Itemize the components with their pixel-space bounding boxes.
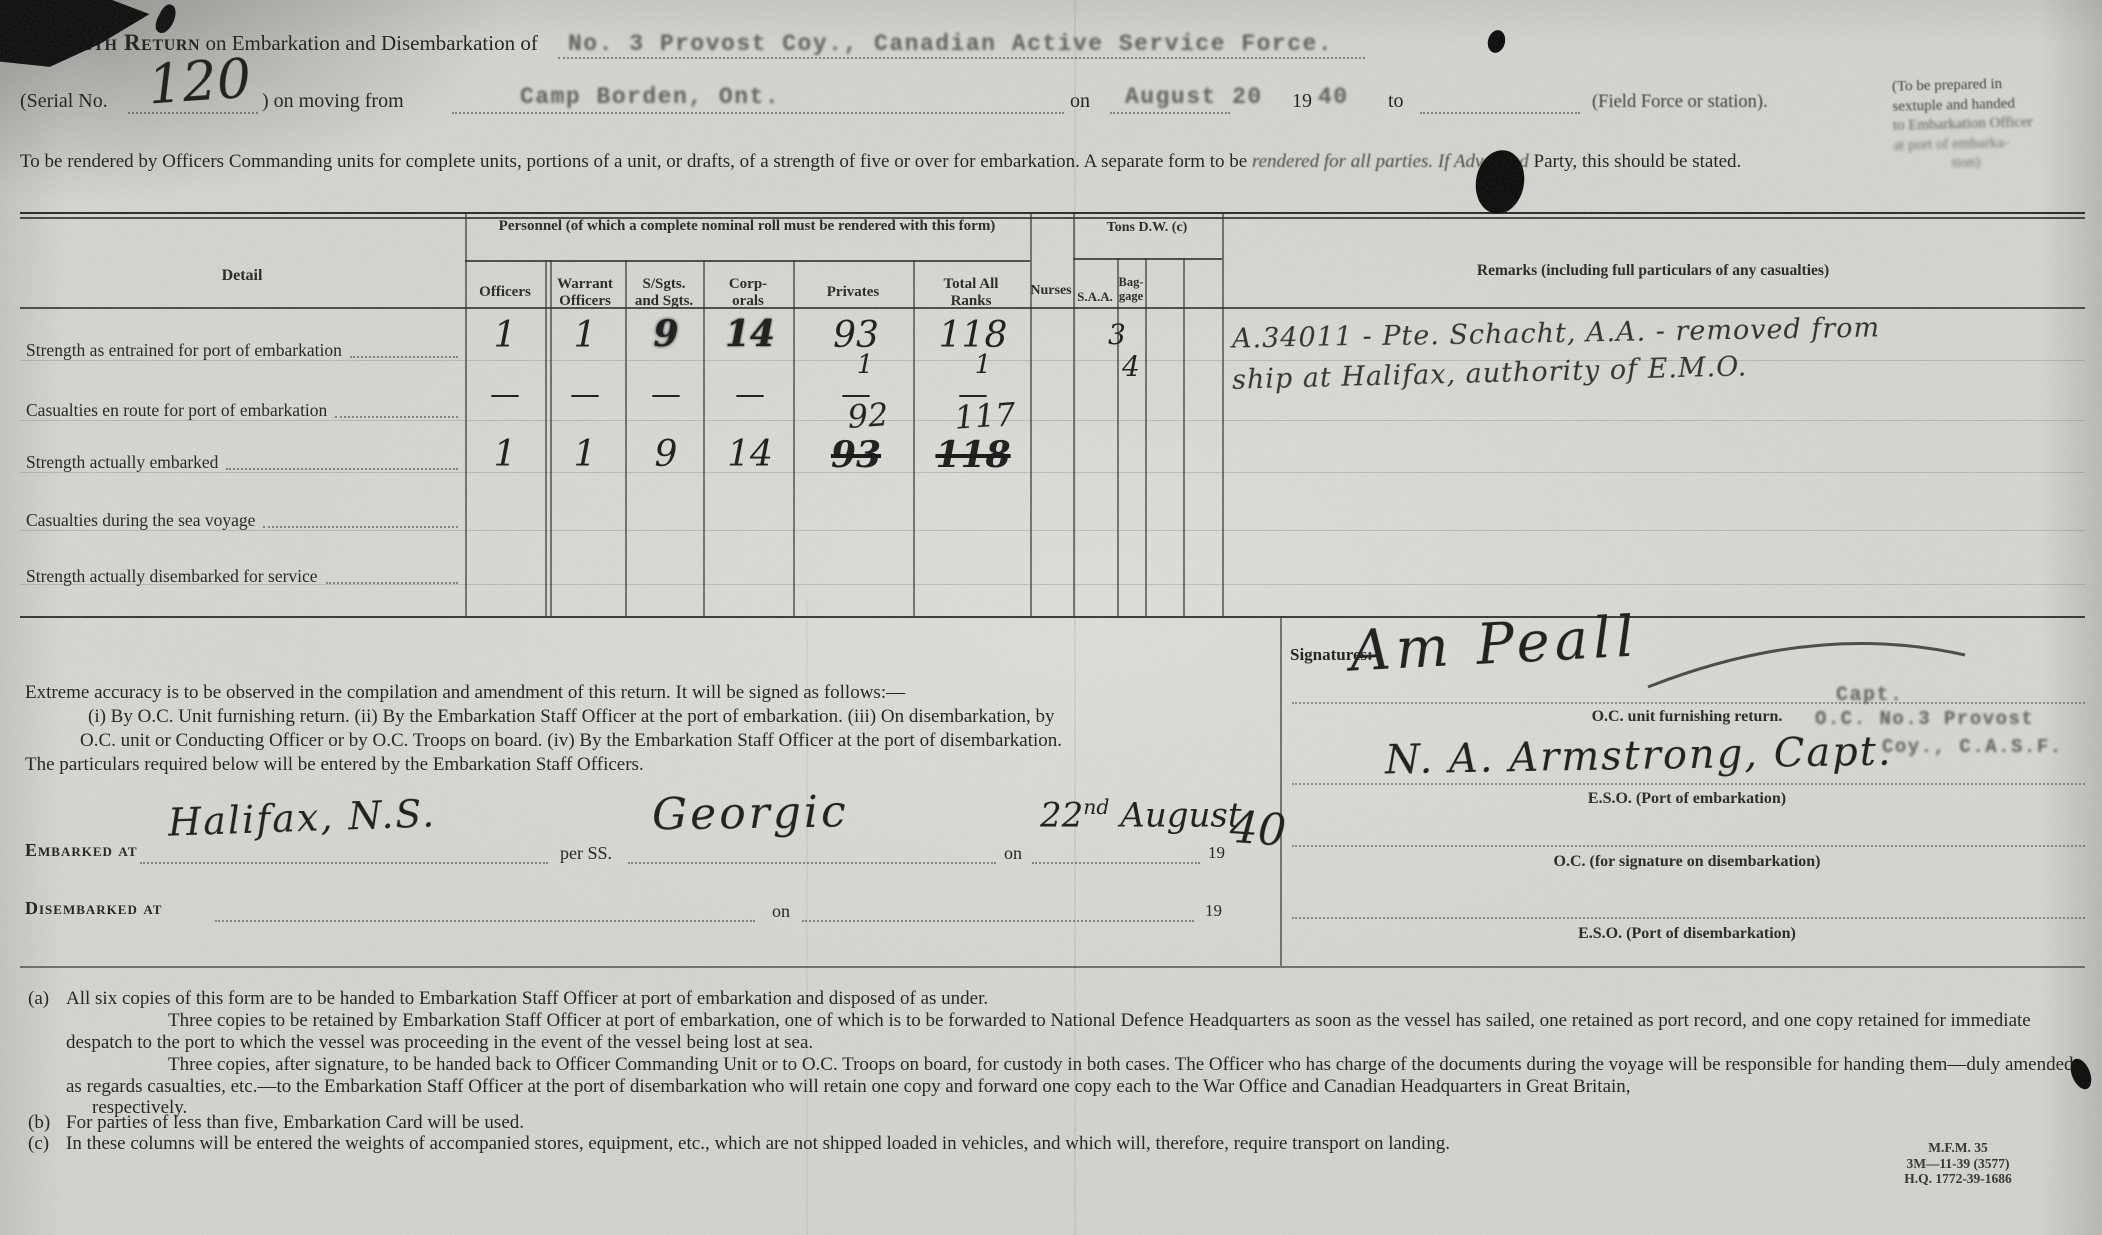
col-line-officers-warrant-a: [545, 260, 547, 616]
row-label-casualties-voyage: Casualties during the sea voyage: [26, 510, 462, 531]
instructions-paragraph: To be rendered by Officers Commanding un…: [20, 150, 1790, 173]
detail-header: Detail: [222, 267, 263, 284]
footnote-b-text: For parties of less than five, Embarkati…: [66, 1112, 524, 1134]
col-line-tons-remarks: [1222, 212, 1224, 616]
form-number-line1: M.F.M. 35: [1878, 1140, 2038, 1156]
embarked-on-label: on: [1004, 843, 1022, 864]
accuracy-paragraph-line2: (i) By O.C. Unit furnishing return. (ii)…: [88, 706, 1055, 728]
sextuple-note: (To be prepared in sextuple and handed t…: [1892, 74, 2034, 175]
form-number-block: M.F.M. 35 3M—11-39 (3577) H.Q. 1772-39-1…: [1878, 1140, 2038, 1187]
embarked-date-ordinal: nd: [1083, 795, 1109, 819]
oc-disembarkation-label: O.C. (for signature on disembarkation): [1554, 853, 1821, 871]
ship-name-line: [628, 840, 996, 864]
row-label-disembarked: Strength actually disembarked for servic…: [26, 566, 462, 587]
saa-col-header: S.A.A.: [1077, 288, 1113, 305]
oc-signature-handwritten: Am Peall: [1348, 604, 1640, 684]
casualties-corporals-dash: —: [735, 377, 765, 412]
entrained-total-value: 118: [939, 315, 1008, 356]
tons-group-underline: [1073, 258, 1222, 260]
row-label-entrained: Strength as entrained for port of embark…: [26, 340, 462, 361]
embarked-total-struck-value: 118: [935, 434, 1010, 476]
embarked-year-prefix: 19: [1208, 843, 1225, 863]
form-title-rest: on Embarkation and Disembarkation of: [200, 31, 538, 55]
row-leader: [335, 402, 458, 418]
corporals-col-header: Corp- orals: [722, 276, 774, 310]
table-header-bottom-rule: [20, 307, 2085, 309]
eso-signature-handwritten: N. A. Armstrong, Capt.: [1385, 729, 1893, 784]
footnote-c-label: (c): [28, 1133, 49, 1155]
embarked-place-handwritten: Halifax, N.S.: [167, 791, 436, 844]
row-label-text: Strength actually embarked: [26, 452, 218, 473]
col-line-corporals-privates: [793, 260, 795, 616]
oc-signature-line: [1292, 702, 2085, 704]
embarked-warrant-value: 1: [574, 434, 597, 475]
remarks-header: Remarks (including full particulars of a…: [1477, 262, 1829, 279]
total-all-ranks-col-header: Total All Ranks: [936, 276, 1006, 310]
per-ss-label: per SS.: [560, 843, 612, 864]
tons-dw-header: Tons D.W. (c): [1102, 220, 1192, 236]
ssgts-col-header: S/Sgts. and Sgts.: [629, 276, 699, 310]
eso-signature-line: [1292, 783, 2085, 785]
entrained-warrant-value: 1: [574, 315, 597, 356]
row-label-text: Strength actually disembarked for servic…: [26, 566, 318, 587]
remarks-handwritten-line1: A.34011 - Pte. Schacht, A.A. - removed f…: [1232, 312, 1881, 354]
entrained-corporals-value: 14: [725, 313, 775, 355]
baggage-tons-numerator: 3: [1108, 318, 1126, 351]
serial-no-label: (Serial No.: [20, 90, 108, 113]
unit-name-stamp: No. 3 Provost Coy., Canadian Active Serv…: [568, 31, 1333, 57]
oc-unit-stamp-line2: Coy., C.A.S.F.: [1882, 736, 2063, 758]
embarked-officers-value: 1: [494, 434, 517, 475]
row-label-actually-embarked: Strength actually embarked: [26, 452, 462, 473]
accuracy-paragraph-line3: O.C. unit or Conducting Officer or by O.…: [80, 730, 1062, 752]
embarked-date-line: [1032, 840, 1200, 864]
disembarked-at-label: Disembarked at: [25, 898, 162, 919]
moving-from-stamp: Camp Borden, Ont.: [520, 84, 780, 110]
casualties-warrant-dash: —: [570, 377, 600, 412]
col-line-baggage-blank: [1145, 258, 1147, 616]
oc-unit-furnishing-label: O.C. unit furnishing return.: [1592, 708, 1783, 726]
embarked-place-line: [140, 840, 548, 864]
personnel-header: Personnel (of which a complete nominal r…: [467, 218, 1027, 235]
casualties-total-superscript: 1: [975, 350, 992, 380]
to-label: to: [1388, 90, 1404, 113]
table-top-rule-2: [20, 217, 2085, 219]
disembarked-date-line: [802, 898, 1194, 922]
eso-embarkation-label: E.S.O. (Port of embarkation): [1588, 790, 1786, 808]
disembarked-place-line: [215, 898, 755, 922]
accuracy-paragraph-line4: The particulars required below will be e…: [25, 754, 644, 776]
row-leader: [263, 512, 458, 528]
row-label-casualties-route: Casualties en route for port of embarkat…: [26, 400, 462, 421]
eso-disembarkation-label: E.S.O. (Port of disembarkation): [1578, 925, 1796, 943]
serial-number-handwritten: 120: [146, 46, 253, 116]
embarked-ssgts-value: 9: [655, 434, 678, 475]
field-force-label: (Field Force or station).: [1592, 92, 1768, 113]
oc-unit-stamp-line1: O.C. No.3 Provost: [1815, 708, 2034, 730]
footnote-a-text: All six copies of this form are to be ha…: [66, 988, 988, 1010]
ship-name-handwritten: Georgic: [652, 786, 849, 840]
footnotes-divider-rule: [20, 966, 2085, 968]
row-label-text: Strength as entrained for port of embark…: [26, 340, 342, 361]
baggage-tons-denominator: 4: [1122, 350, 1140, 383]
officers-col-header: Officers: [479, 284, 531, 301]
embarked-date-handwritten: 22nd August: [1040, 795, 1242, 835]
baggage-col-header: Bag- gage: [1114, 276, 1148, 303]
instructions-part-a: To be rendered by Officers Commanding un…: [20, 151, 1252, 172]
casualties-privates-superscript: 1: [857, 350, 874, 380]
embarked-corporals-value: 14: [727, 434, 773, 475]
row-leader: [226, 454, 458, 470]
footnote-a-label: (a): [28, 988, 49, 1010]
col-line-warrant-ssgts: [625, 260, 627, 616]
signature-flourish: [1640, 615, 1980, 705]
on-date-label: on: [1070, 90, 1090, 113]
on-moving-from-label: ) on moving from: [262, 90, 404, 113]
row-label-text: Casualties during the sea voyage: [26, 510, 255, 531]
col-line-nurses-saa: [1073, 212, 1075, 616]
eso-disembarkation-line: [1292, 917, 2085, 919]
embarked-date-month: August: [1120, 795, 1241, 835]
col-line-total-nurses: [1030, 212, 1032, 616]
warrant-officers-col-header: Warrant Officers: [549, 276, 621, 310]
col-line-officers-warrant-b: [550, 260, 552, 616]
oc-disembarkation-line: [1292, 845, 2085, 847]
sextuple-note-line5: tion): [1894, 152, 2034, 175]
embarked-total-corrected-value: 117: [953, 395, 1017, 437]
footnote-a-para1: Three copies to be retained by Embarkati…: [66, 1010, 2078, 1053]
embarked-date-day: 22: [1040, 795, 1083, 835]
signatures-left-border: [1280, 618, 1282, 966]
instructions-part-c: Party, this should be stated.: [1529, 151, 1742, 172]
col-line-privates-total: [913, 260, 915, 616]
embarked-privates-corrected-value: 92: [846, 396, 889, 437]
entrained-officers-value: 1: [494, 315, 517, 356]
col-line-blank-blank: [1183, 258, 1185, 616]
embarked-privates-struck-value: 93: [831, 434, 881, 476]
nurses-col-header: Nurses: [1030, 282, 1071, 299]
table-top-rule-1: [20, 212, 2085, 214]
entrained-ssgts-value: 9: [653, 313, 678, 355]
form-number-line3: H.Q. 1772-39-1686: [1878, 1171, 2038, 1187]
disembarked-year-prefix: 19: [1205, 901, 1222, 921]
col-line-saa-baggage: [1117, 258, 1119, 616]
date-stamp: August 20: [1125, 84, 1263, 110]
footnote-a-para2: Three copies, after signature, to be han…: [66, 1054, 2078, 1097]
footnote-c-text: In these columns will be entered the wei…: [66, 1133, 1450, 1155]
form-number-line2: 3M—11-39 (3577): [1878, 1156, 2038, 1172]
col-line-ssgts-corporals: [703, 260, 705, 616]
embarked-year-handwritten: 40: [1228, 802, 1287, 857]
scanned-strength-return-form: Strength Return on Embarkation and Disem…: [0, 0, 2102, 1235]
to-ruled-line: [1420, 92, 1580, 114]
row-leader: [326, 568, 458, 584]
footnote-b-label: (b): [28, 1112, 50, 1134]
accuracy-paragraph-line1: Extreme accuracy is to be observed in th…: [25, 682, 905, 704]
ink-blot-small-top: [1485, 28, 1507, 55]
casualties-officers-dash: —: [490, 377, 520, 412]
row-leader: [350, 342, 458, 358]
privates-col-header: Privates: [827, 284, 879, 301]
year-stamp: 40: [1318, 84, 1349, 110]
col-line-detail: [465, 212, 467, 616]
year-prefix: 19: [1292, 90, 1312, 113]
disembarked-on-label: on: [772, 901, 790, 922]
casualties-ssgts-dash: —: [651, 377, 681, 412]
embarked-at-label: Embarked at: [25, 840, 138, 861]
strength-table: Detail Personnel (of which a complete no…: [20, 212, 2085, 618]
remarks-handwritten-line2: ship at Halifax, authority of E.M.O.: [1232, 351, 1748, 395]
row-label-text: Casualties en route for port of embarkat…: [26, 400, 327, 421]
